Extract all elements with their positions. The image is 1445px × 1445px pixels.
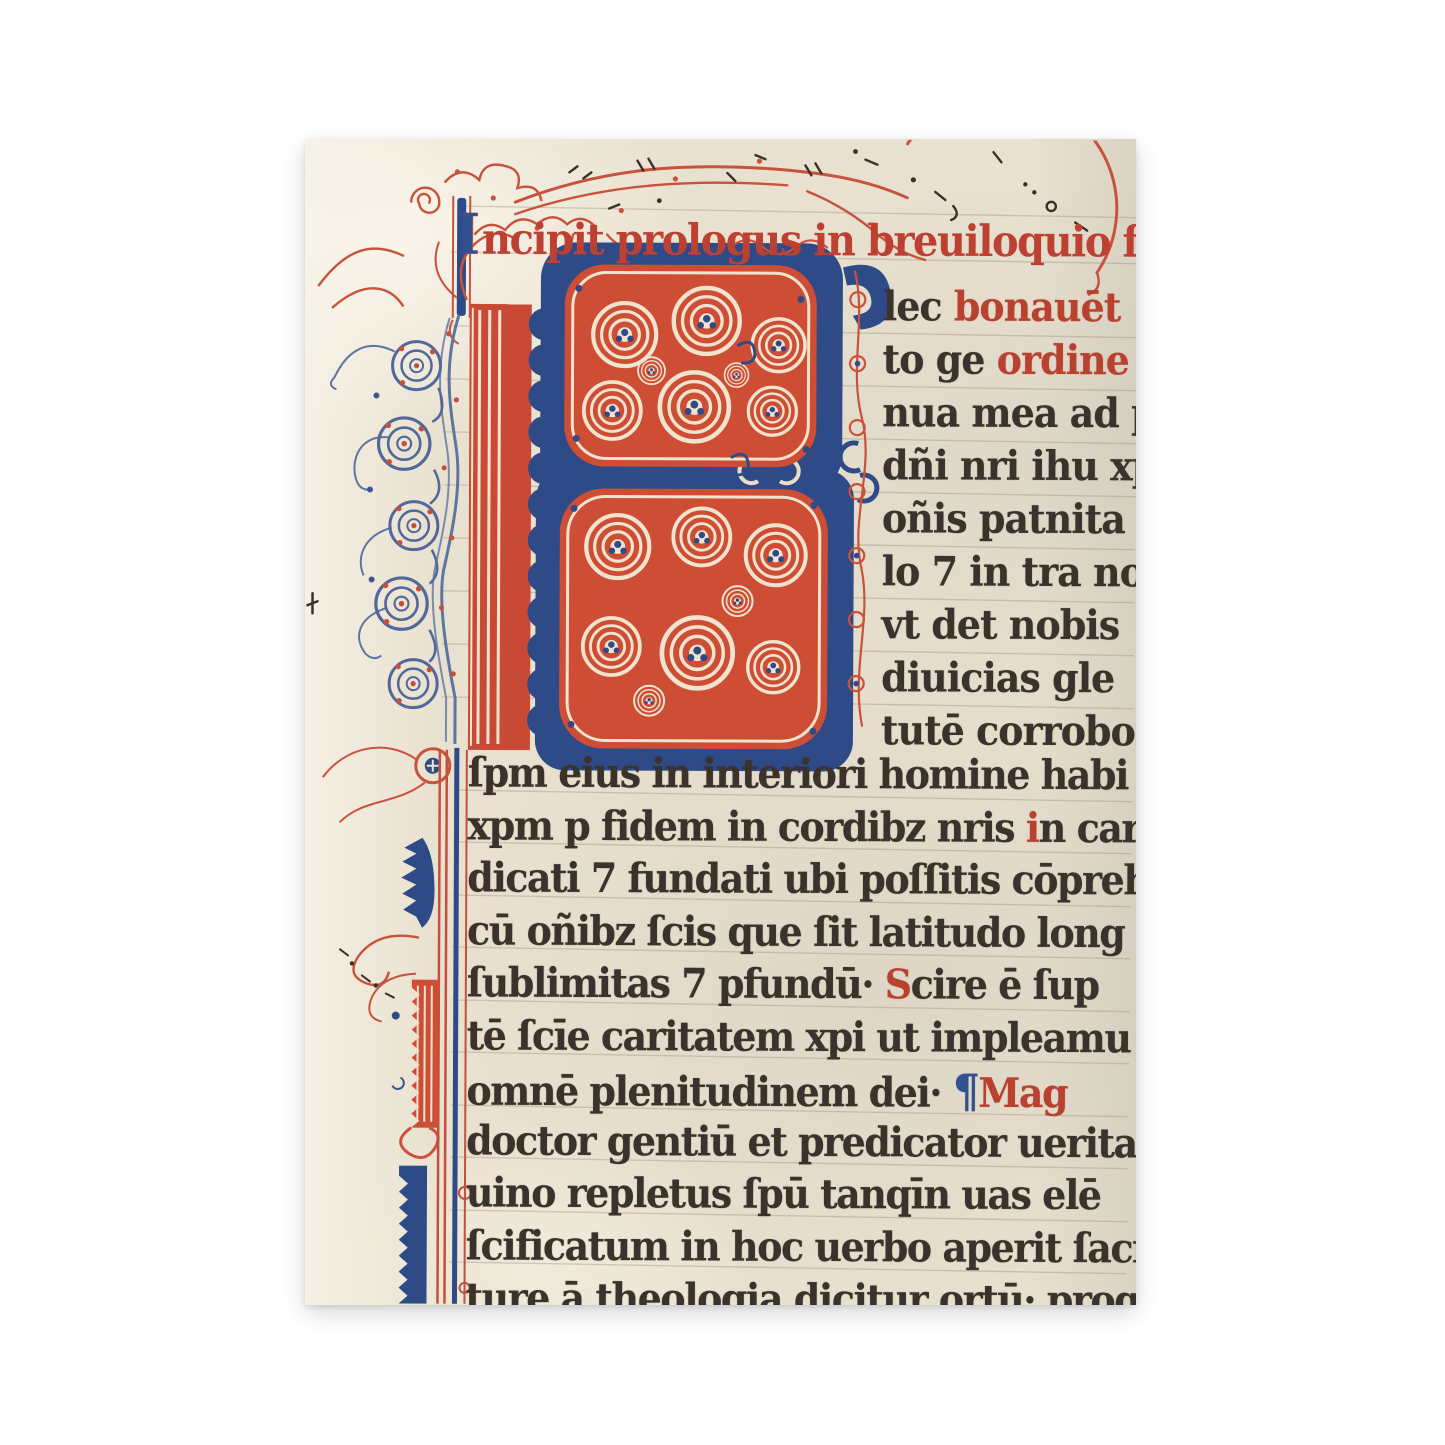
- text-segment-ink: doctor gentiū et predicator ueritati: [466, 1115, 1136, 1166]
- manuscript-text-line: lo 7 in tra noī: [882, 547, 1136, 605]
- pale-band-dots: [366, 331, 459, 677]
- text-segment-ink: ſpm eius in interiori homine habi: [468, 748, 1128, 799]
- text-segment-red: i: [1026, 803, 1039, 851]
- rubric-incipit: Incipit prologus in breuiloquio f: [455, 202, 1136, 271]
- text-segment-ink: nua mea ad p: [882, 388, 1136, 437]
- manuscript-text-line: ture ā theologia dicitur ortū· progre: [465, 1273, 1135, 1305]
- manuscript-text-line: cū oñibz ſcis que ſit latitudo long: [467, 905, 1136, 964]
- manuscript-text-line: omnē plenitudinem dei· ¶Mag: [466, 1063, 1136, 1122]
- text-segment-ink: lo 7 in tra noī: [882, 547, 1136, 596]
- manuscript-text-line: diuicias gle: [881, 653, 1136, 711]
- illuminated-initial-artwork: [433, 233, 891, 772]
- manuscript-text-line: tē ſcīe caritatem xpi ut impleamu: [466, 1010, 1136, 1069]
- manuscript-text-line: dñi nri ihu xp: [882, 441, 1136, 499]
- text-segment-ink: lec: [883, 282, 954, 330]
- text-column-right: lec bonauētto ge ordinenua mea ad pdñi n…: [881, 282, 1136, 760]
- text-segment-blue: ¶: [953, 1065, 979, 1119]
- text-segment-red: bonauēt: [954, 282, 1121, 331]
- manuscript-page: Incipit prologus in breuiloquio f F lec …: [305, 139, 1136, 1305]
- text-segment-red: Mag: [978, 1068, 1067, 1117]
- manuscript-text-line: uino repletus ſpū tanqīn uas elē: [466, 1168, 1136, 1227]
- manuscript-text-line: ſpm eius in interiori homine habi: [468, 748, 1136, 807]
- text-segment-red: ordine: [997, 335, 1129, 384]
- text-segment-ink: dicati 7 fundati ubi poſſitis cōprehī: [467, 853, 1136, 904]
- text-segment-ink: omnē plenitudinem dei·: [466, 1066, 953, 1116]
- text-segment-ink: cū oñibz ſcis que ſit latitudo long: [467, 905, 1125, 956]
- text-segment-red: S: [885, 960, 911, 1008]
- text-segment-ink: oñis patnita: [882, 494, 1125, 543]
- manuscript-text-line: nua mea ad p: [882, 388, 1136, 446]
- text-segment-ink: ture ā theologia dicitur ortū· progre: [465, 1273, 1136, 1305]
- manuscript-text-line: vt det nobis: [881, 600, 1136, 658]
- text-segment-ink: uino repletus ſpū tanqīn uas elē: [466, 1168, 1101, 1219]
- manuscript-text-line: lec bonauēt: [883, 282, 1136, 340]
- text-segment-ink: n cari: [1039, 803, 1136, 852]
- manuscript-text-line: oñis patnita: [882, 494, 1136, 552]
- text-segment-ink: dñi nri ihu xp: [882, 441, 1136, 490]
- text-segment-ink: to ge: [882, 335, 996, 384]
- manuscript-text-line: ſublimitas 7 pfundū· Scire ē ſup: [467, 958, 1136, 1017]
- text-segment-ink: vt det nobis: [881, 600, 1119, 649]
- rubric-text: ncipit prologus in breuiloquio f: [482, 214, 1136, 268]
- rubric-initial-letter: I: [455, 202, 482, 268]
- manuscript-text-line: to ge ordine: [882, 335, 1136, 393]
- manuscript-text-line: doctor gentiū et predicator ueritati: [466, 1115, 1136, 1174]
- manuscript-text-line: ſcificatum in hoc uerbo aperit ſacr: [466, 1220, 1136, 1279]
- page-background: Incipit prologus in breuiloquio f F lec …: [0, 0, 1445, 1445]
- text-segment-ink: cire ē ſup: [911, 960, 1099, 1009]
- margin-mark: [307, 593, 317, 613]
- text-segment-ink: diuicias gle: [881, 653, 1114, 702]
- manuscript-text-line: xpm p fidem in cordibz nris in cari: [467, 800, 1136, 859]
- pale-blue-penwork: [329, 315, 458, 744]
- text-segment-ink: xpm p fidem in cordibz nris: [467, 800, 1026, 851]
- text-segment-ink: tutē corrobora: [881, 706, 1136, 755]
- text-segment-ink: ſublimitas 7 pfundū·: [467, 958, 885, 1008]
- manuscript-text-line: dicati 7 fundati ubi poſſitis cōprehī: [467, 853, 1136, 912]
- manuscript-photo: Incipit prologus in breuiloquio f F lec …: [305, 139, 1136, 1305]
- text-block-lower: ſpm eius in interiori homine habixpm p f…: [465, 748, 1136, 1305]
- text-segment-ink: tē ſcīe caritatem xpi ut impleamu: [467, 1010, 1131, 1061]
- text-segment-ink: ſcificatum in hoc uerbo aperit ſacr: [466, 1220, 1136, 1271]
- lower-left-border: [320, 747, 472, 1304]
